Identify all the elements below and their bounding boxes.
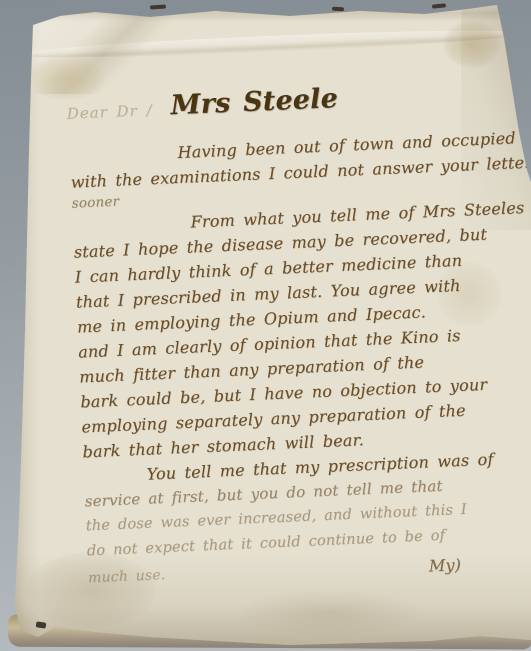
paper-corner-fold bbox=[6, 14, 176, 94]
paper-left-edge-shading bbox=[10, 0, 40, 651]
torn-edge-debris bbox=[432, 3, 446, 8]
photograph-background: Dear Dr / Mrs Steele Having been out of … bbox=[0, 0, 531, 651]
handwritten-text-block: Dear Dr / Mrs Steele Having been out of … bbox=[40, 76, 519, 591]
letter-page: Dear Dr / Mrs Steele Having been out of … bbox=[0, 0, 531, 651]
torn-edge-debris bbox=[332, 7, 344, 12]
catchword: My) bbox=[428, 552, 461, 578]
paper-fold-crease bbox=[16, 25, 522, 62]
paper-stain bbox=[443, 20, 501, 68]
paper-top-edge-shading bbox=[0, 0, 531, 22]
torn-edge-debris bbox=[150, 4, 166, 9]
faint-docket-text: Dear Dr / bbox=[66, 101, 153, 123]
paper-stain bbox=[240, 590, 420, 636]
letter-line: much use. bbox=[88, 567, 166, 586]
torn-edge-debris bbox=[36, 621, 47, 628]
recipient-name: Mrs Steele bbox=[170, 83, 339, 121]
